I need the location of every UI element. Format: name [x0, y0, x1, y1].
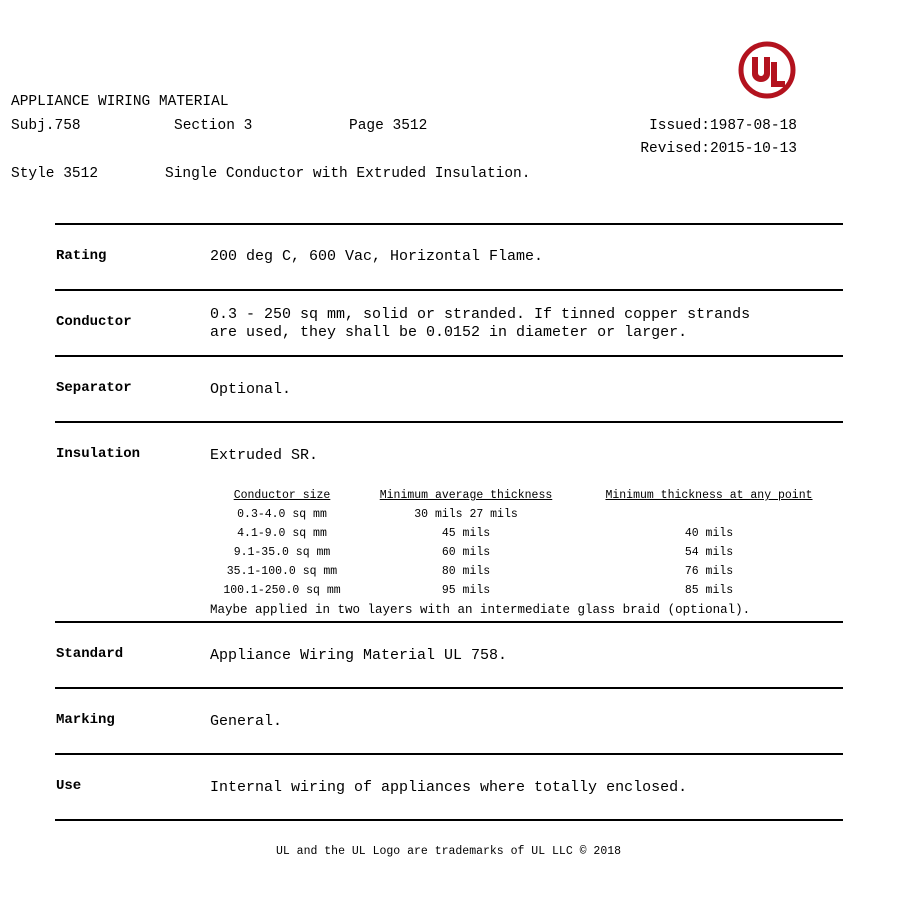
- table-cell: 35.1-100.0 sq mm: [222, 565, 342, 578]
- subject-number: Subj.758: [11, 118, 81, 134]
- insulation-value: Extruded SR.: [210, 447, 318, 465]
- ul-logo-icon: [737, 40, 797, 100]
- divider: [55, 753, 843, 755]
- table-cell: 76 mils: [598, 565, 820, 578]
- divider: [55, 289, 843, 291]
- insulation-note: Maybe applied in two layers with an inte…: [210, 603, 750, 617]
- rating-value: 200 deg C, 600 Vac, Horizontal Flame.: [210, 248, 543, 266]
- section-number: Section 3: [174, 118, 252, 134]
- conductor-value-line-2: are used, they shall be 0.0152 in diamet…: [210, 324, 687, 342]
- insulation-label: Insulation: [56, 446, 140, 462]
- style-description: Single Conductor with Extruded Insulatio…: [165, 166, 530, 182]
- table-header-min-any-point: Minimum thickness at any point: [598, 489, 820, 502]
- standard-label: Standard: [56, 646, 123, 662]
- table-cell: 9.1-35.0 sq mm: [222, 546, 342, 559]
- table-header-min-average: Minimum average thickness: [366, 489, 566, 502]
- divider: [55, 687, 843, 689]
- use-label: Use: [56, 778, 81, 794]
- table-cell: 85 mils: [598, 584, 820, 597]
- page-number: Page 3512: [349, 118, 427, 134]
- trademark-footer: UL and the UL Logo are trademarks of UL …: [0, 845, 897, 858]
- divider: [55, 819, 843, 821]
- table-cell: 40 mils: [598, 527, 820, 540]
- separator-value: Optional.: [210, 381, 291, 399]
- table-cell: 54 mils: [598, 546, 820, 559]
- table-cell: 45 mils: [366, 527, 566, 540]
- divider: [55, 621, 843, 623]
- table-header-conductor-size: Conductor size: [222, 489, 342, 502]
- separator-label: Separator: [56, 380, 132, 396]
- table-cell: 0.3-4.0 sq mm: [222, 508, 342, 521]
- conductor-label: Conductor: [56, 314, 132, 330]
- use-value: Internal wiring of appliances where tota…: [210, 779, 687, 797]
- standard-value: Appliance Wiring Material UL 758.: [210, 647, 507, 665]
- issued-date: Issued:1987-08-18: [649, 118, 797, 134]
- table-cell: 100.1-250.0 sq mm: [222, 584, 342, 597]
- table-cell: 60 mils: [366, 546, 566, 559]
- conductor-value-line-1: 0.3 - 250 sq mm, solid or stranded. If t…: [210, 306, 750, 324]
- marking-label: Marking: [56, 712, 115, 728]
- divider: [55, 355, 843, 357]
- marking-value: General.: [210, 713, 282, 731]
- document-title: APPLIANCE WIRING MATERIAL: [11, 94, 229, 110]
- revised-date: Revised:2015-10-13: [640, 141, 797, 157]
- table-cell: 80 mils: [366, 565, 566, 578]
- table-cell: 95 mils: [366, 584, 566, 597]
- rating-label: Rating: [56, 248, 106, 264]
- table-cell: 4.1-9.0 sq mm: [222, 527, 342, 540]
- table-cell: 30 mils 27 mils: [366, 508, 566, 521]
- divider: [55, 421, 843, 423]
- divider: [55, 223, 843, 225]
- style-number: Style 3512: [11, 166, 98, 182]
